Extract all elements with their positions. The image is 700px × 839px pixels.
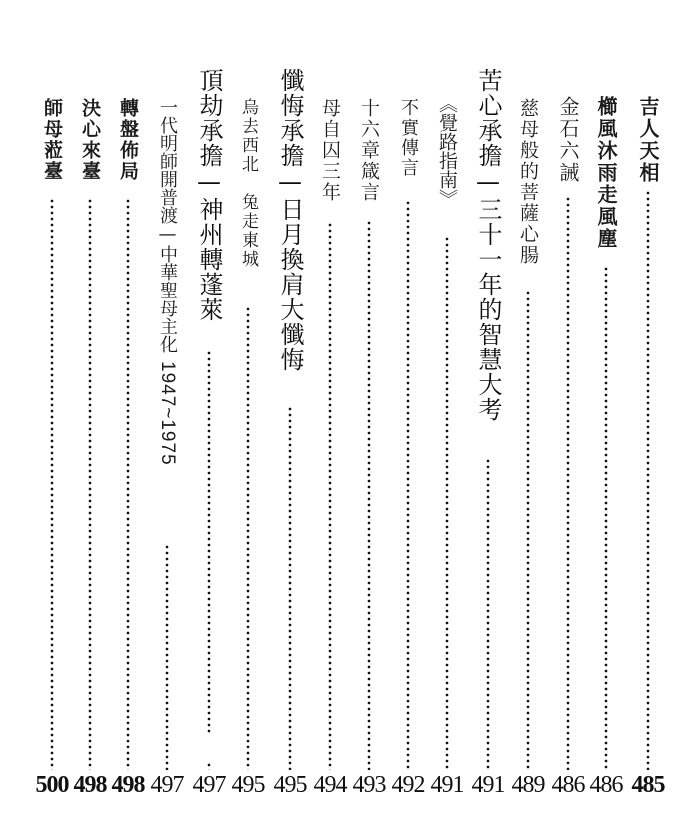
toc-entry-title: 決心來臺	[70, 98, 110, 182]
dot-leader	[165, 544, 169, 770]
toc-entry-title: 《覺路指南》	[427, 94, 467, 208]
toc-entry[interactable]: 金石六誡 486	[548, 0, 588, 800]
toc-entry-title: 不實傳言	[388, 98, 428, 178]
dot-leader	[445, 236, 449, 770]
toc-entry-title: 慈母般的菩薩心腸	[508, 98, 548, 266]
toc-entry[interactable]: 櫛風沐雨走風塵 486	[586, 0, 626, 800]
toc-heading-title: 頂劫承擔—神州轉蓬萊	[189, 68, 229, 322]
dot-leader	[486, 458, 490, 770]
toc-entry-page: 500	[22, 772, 82, 799]
toc-entry[interactable]: 母自囚三年 494	[310, 0, 350, 800]
dot-leader	[604, 266, 608, 770]
dot-leader	[406, 200, 410, 770]
toc-entry-title: 櫛風沐雨走風塵	[586, 96, 626, 250]
toc-entry-title: 轉盤佈局	[108, 98, 148, 182]
dot-leader	[246, 306, 250, 770]
dot-leader	[88, 198, 92, 770]
toc-section-heading[interactable]: 頂劫承擔—神州轉蓬萊 497	[189, 0, 229, 800]
toc-entry[interactable]: 一代明師開普渡—中華聖母主化1947~1975 497	[147, 0, 187, 800]
toc-entry-title: 烏去西北 兔走東城	[228, 98, 268, 269]
toc-entry[interactable]: 不實傳言 492	[388, 0, 428, 800]
toc-entry-title: 師母蒞臺	[32, 98, 72, 182]
dot-leader	[367, 220, 371, 770]
toc-entry-title: 金石六誡	[548, 96, 588, 184]
toc-entry[interactable]: 烏去西北 兔走東城 495	[228, 0, 268, 800]
toc-entry[interactable]: 《覺路指南》 491	[427, 0, 467, 800]
dot-leader	[207, 350, 211, 734]
dot-leader	[646, 190, 650, 770]
dot-leader	[288, 406, 292, 770]
toc-heading-title: 苦心承擔—三十一年的智慧大考	[468, 68, 508, 422]
toc-entry[interactable]: 十六章箴言 493	[349, 0, 389, 800]
toc-entry-year: 1947~1975	[147, 361, 187, 466]
toc-entry-title: 十六章箴言	[349, 98, 389, 203]
toc-section-heading[interactable]: 苦心承擔—三十一年的智慧大考 491	[468, 0, 508, 800]
toc-entry-title: 母自囚三年	[310, 98, 350, 203]
toc-entry[interactable]: 師母蒞臺 500	[32, 0, 72, 800]
dot-leader	[526, 290, 530, 770]
dot-leader	[328, 222, 332, 770]
toc-entry-title: 吉人天相	[628, 96, 668, 184]
toc-entry[interactable]: 決心來臺 498	[70, 0, 110, 800]
toc-entry[interactable]: 慈母般的菩薩心腸 489	[508, 0, 548, 800]
toc-section-heading[interactable]: 懺悔承擔—日月換肩大懺悔 495	[270, 0, 310, 800]
toc-heading-title: 懺悔承擔—日月換肩大懺悔	[270, 68, 310, 372]
table-of-contents: 吉人天相 485 櫛風沐雨走風塵 486 金石六誡 486 慈母般的菩薩心腸 4…	[0, 0, 700, 839]
toc-entry[interactable]: 轉盤佈局 498	[108, 0, 148, 800]
toc-entry-title: 一代明師開普渡—中華聖母主化1947~1975	[147, 98, 187, 466]
dot-leader	[126, 198, 130, 770]
toc-entry[interactable]: 吉人天相 485	[628, 0, 668, 800]
dot-leader	[50, 198, 54, 770]
dot-leader	[566, 196, 570, 770]
dot-leader-tail	[207, 762, 211, 770]
toc-entry-title-text: 一代明師開普渡—中華聖母主化	[157, 98, 178, 353]
